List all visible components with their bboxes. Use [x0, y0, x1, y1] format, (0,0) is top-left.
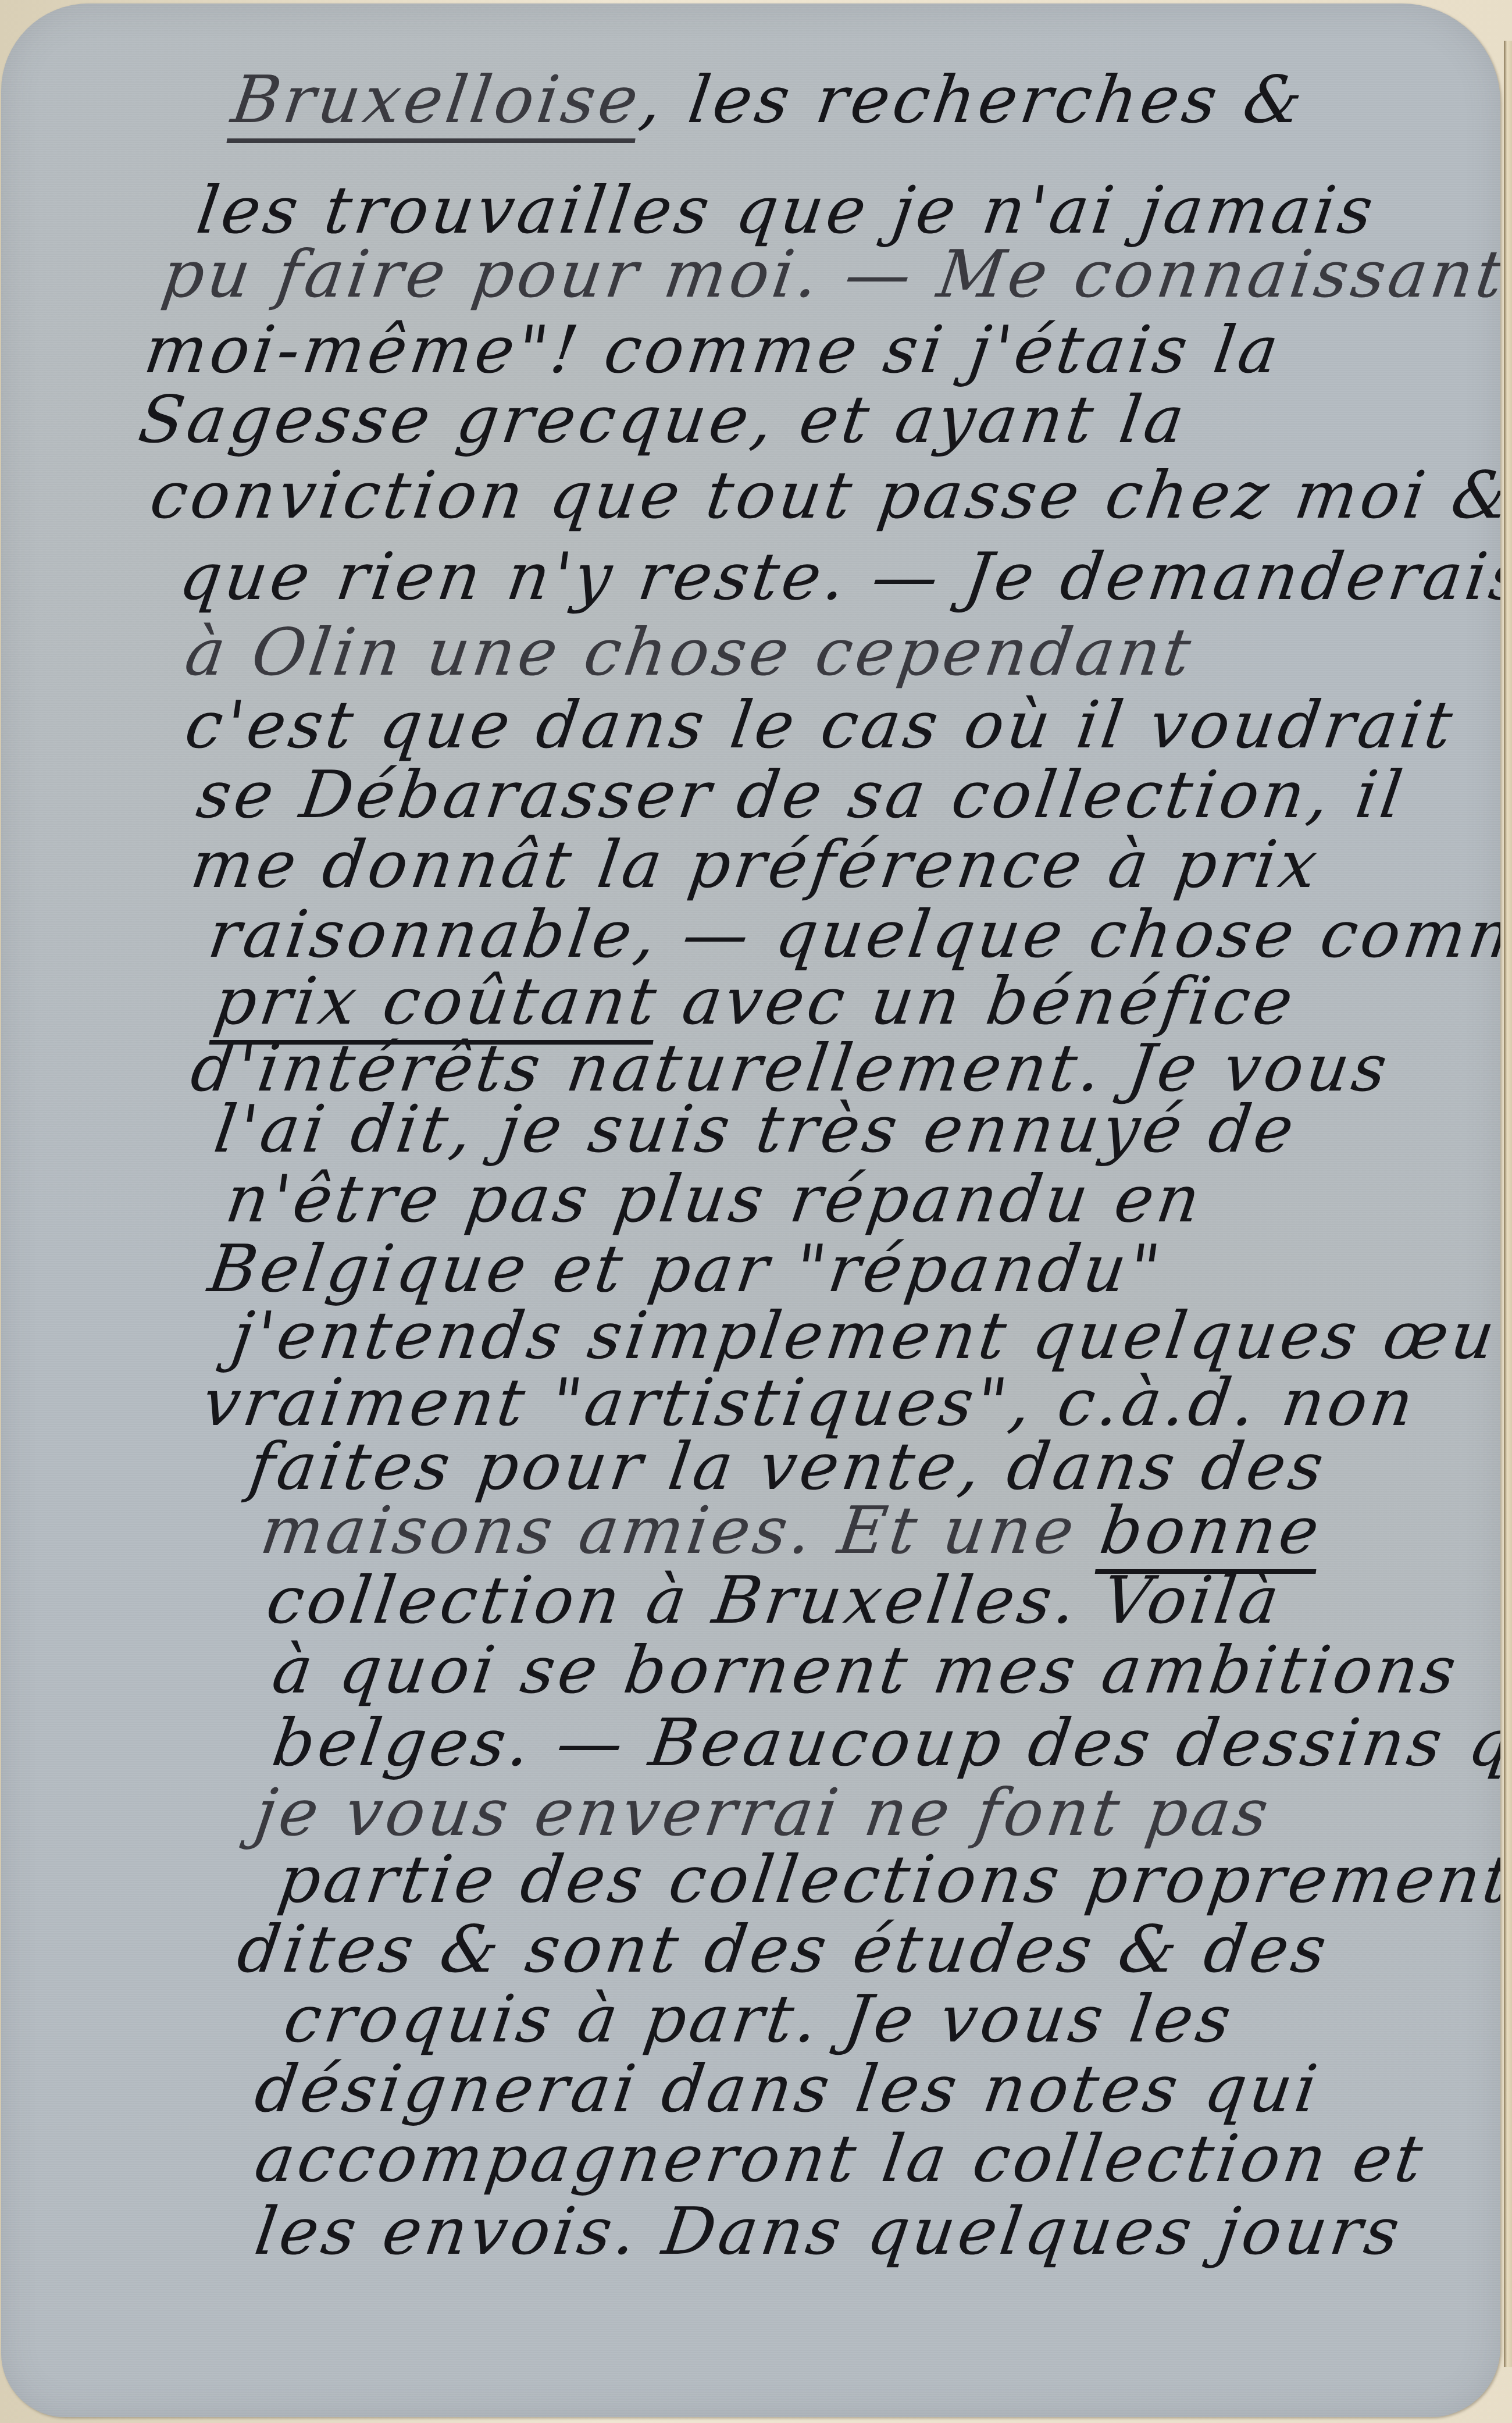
text-line: belges. — Beaucoup des dessins que [269, 1711, 1500, 1776]
text-line: se Débarasser de sa collection, il [193, 762, 1410, 828]
text-line: Belgique et par "répandu" [205, 1237, 1167, 1302]
line-segment: conviction que tout passe chez moi & [146, 458, 1500, 533]
text-line: les envois. Dans quelques jours [251, 2199, 1407, 2264]
text-line: Bruxelloise, les recherches & [228, 67, 1310, 133]
line-segment: , les recherches & [636, 62, 1311, 138]
line-segment: raisonnable, — quelque chose comme le [204, 897, 1500, 972]
text-line: pu faire pour moi. — Me connaissant [158, 242, 1500, 307]
line-segment: avec un bénéfice [654, 964, 1301, 1039]
line-segment: l'ai dit, je suis très ennuyé de [210, 1092, 1302, 1167]
underlined-word: bonne [1096, 1493, 1327, 1569]
text-line: maisons amies. Et une bonne [257, 1498, 1326, 1563]
line-segment: Sagesse grecque, et ayant la [134, 382, 1192, 458]
card-edge [1504, 41, 1512, 2367]
line-segment: à quoi se bornent mes ambitions [268, 1633, 1464, 1708]
text-line: les trouvailles que je n'ai jamais [193, 178, 1380, 243]
text-line: que rien n'y reste. — Je demanderais [176, 544, 1500, 610]
line-segment: me donnât la préférence à prix [187, 827, 1325, 903]
line-segment: n'être pas plus répandu en [222, 1161, 1208, 1237]
underlined-phrase: prix coûtant [210, 964, 664, 1039]
line-segment: croquis à part. Je vous les [280, 1982, 1239, 2057]
line-segment: moi-même"! comme si j'étais la [140, 312, 1286, 388]
line-segment: maisons amies. Et une [256, 1493, 1106, 1569]
text-line: moi-même"! comme si j'étais la [141, 318, 1286, 383]
text-line: collection à Bruxelles. Voilà [263, 1568, 1286, 1633]
letter-card: Bruxelloise, les recherches & les trouva… [1, 3, 1500, 2417]
text-line: désignerai dans les notes qui [251, 2057, 1324, 2122]
text-line: à quoi se bornent mes ambitions [269, 1638, 1463, 1703]
line-segment: que rien n'y reste. — Je demanderais [175, 539, 1500, 615]
text-line: vraiment "artistiques", c.à.d. non [199, 1370, 1421, 1435]
underlined-word: Bruxelloise [227, 62, 646, 138]
line-segment: belges. — Beaucoup des dessins que [268, 1705, 1500, 1781]
line-segment: désignerai dans les notes qui [251, 2051, 1325, 2127]
text-line: l'ai dit, je suis très ennuyé de [211, 1097, 1301, 1162]
line-segment: c'est que dans le cas où il voudrait [181, 687, 1460, 763]
text-line: partie des collections proprement [274, 1847, 1500, 1912]
text-line: accompagneront la collection et [251, 2126, 1429, 2192]
text-line: c'est que dans le cas où il voudrait [181, 693, 1459, 758]
text-line: conviction que tout passe chez moi & [147, 463, 1500, 528]
text-line: à Olin une chose cependant [181, 620, 1198, 685]
text-line: me donnât la préférence à prix [187, 832, 1324, 897]
text-line: croquis à part. Je vous les [280, 1987, 1238, 2052]
line-segment: pu faire pour moi. — Me connaissant [158, 237, 1500, 312]
line-segment: se Débarasser de sa collection, il [192, 757, 1410, 833]
text-line: prix coûtant avec un bénéfice [211, 969, 1300, 1034]
line-segment: accompagneront la collection et [251, 2121, 1431, 2197]
text-line: raisonnable, — quelque chose comme le [205, 902, 1500, 967]
line-segment: j'entends simplement quelques œuvres [227, 1298, 1500, 1374]
line-segment: je vous enverrai ne font pas [251, 1775, 1276, 1851]
text-line: faites pour la vente, dans des [245, 1434, 1331, 1499]
line-segment: dites & sont des études & des [233, 1912, 1334, 1987]
line-segment: à Olin une chose cependant [181, 615, 1199, 690]
line-segment: les envois. Dans quelques jours [251, 2194, 1407, 2269]
text-line: dites & sont des études & des [234, 1917, 1333, 1982]
text-line: n'être pas plus répandu en [222, 1167, 1207, 1232]
line-segment: Belgique et par "répandu" [204, 1231, 1168, 1307]
text-line: j'entends simplement quelques œuvres [228, 1303, 1500, 1369]
handwritten-text: Bruxelloise, les recherches & les trouva… [1, 3, 1500, 2417]
line-segment: partie des collections proprement [274, 1842, 1500, 1918]
line-segment: collection à Bruxelles. Voilà [262, 1563, 1287, 1638]
text-line: je vous enverrai ne font pas [251, 1780, 1275, 1845]
text-line: Sagesse grecque, et ayant la [135, 387, 1192, 452]
